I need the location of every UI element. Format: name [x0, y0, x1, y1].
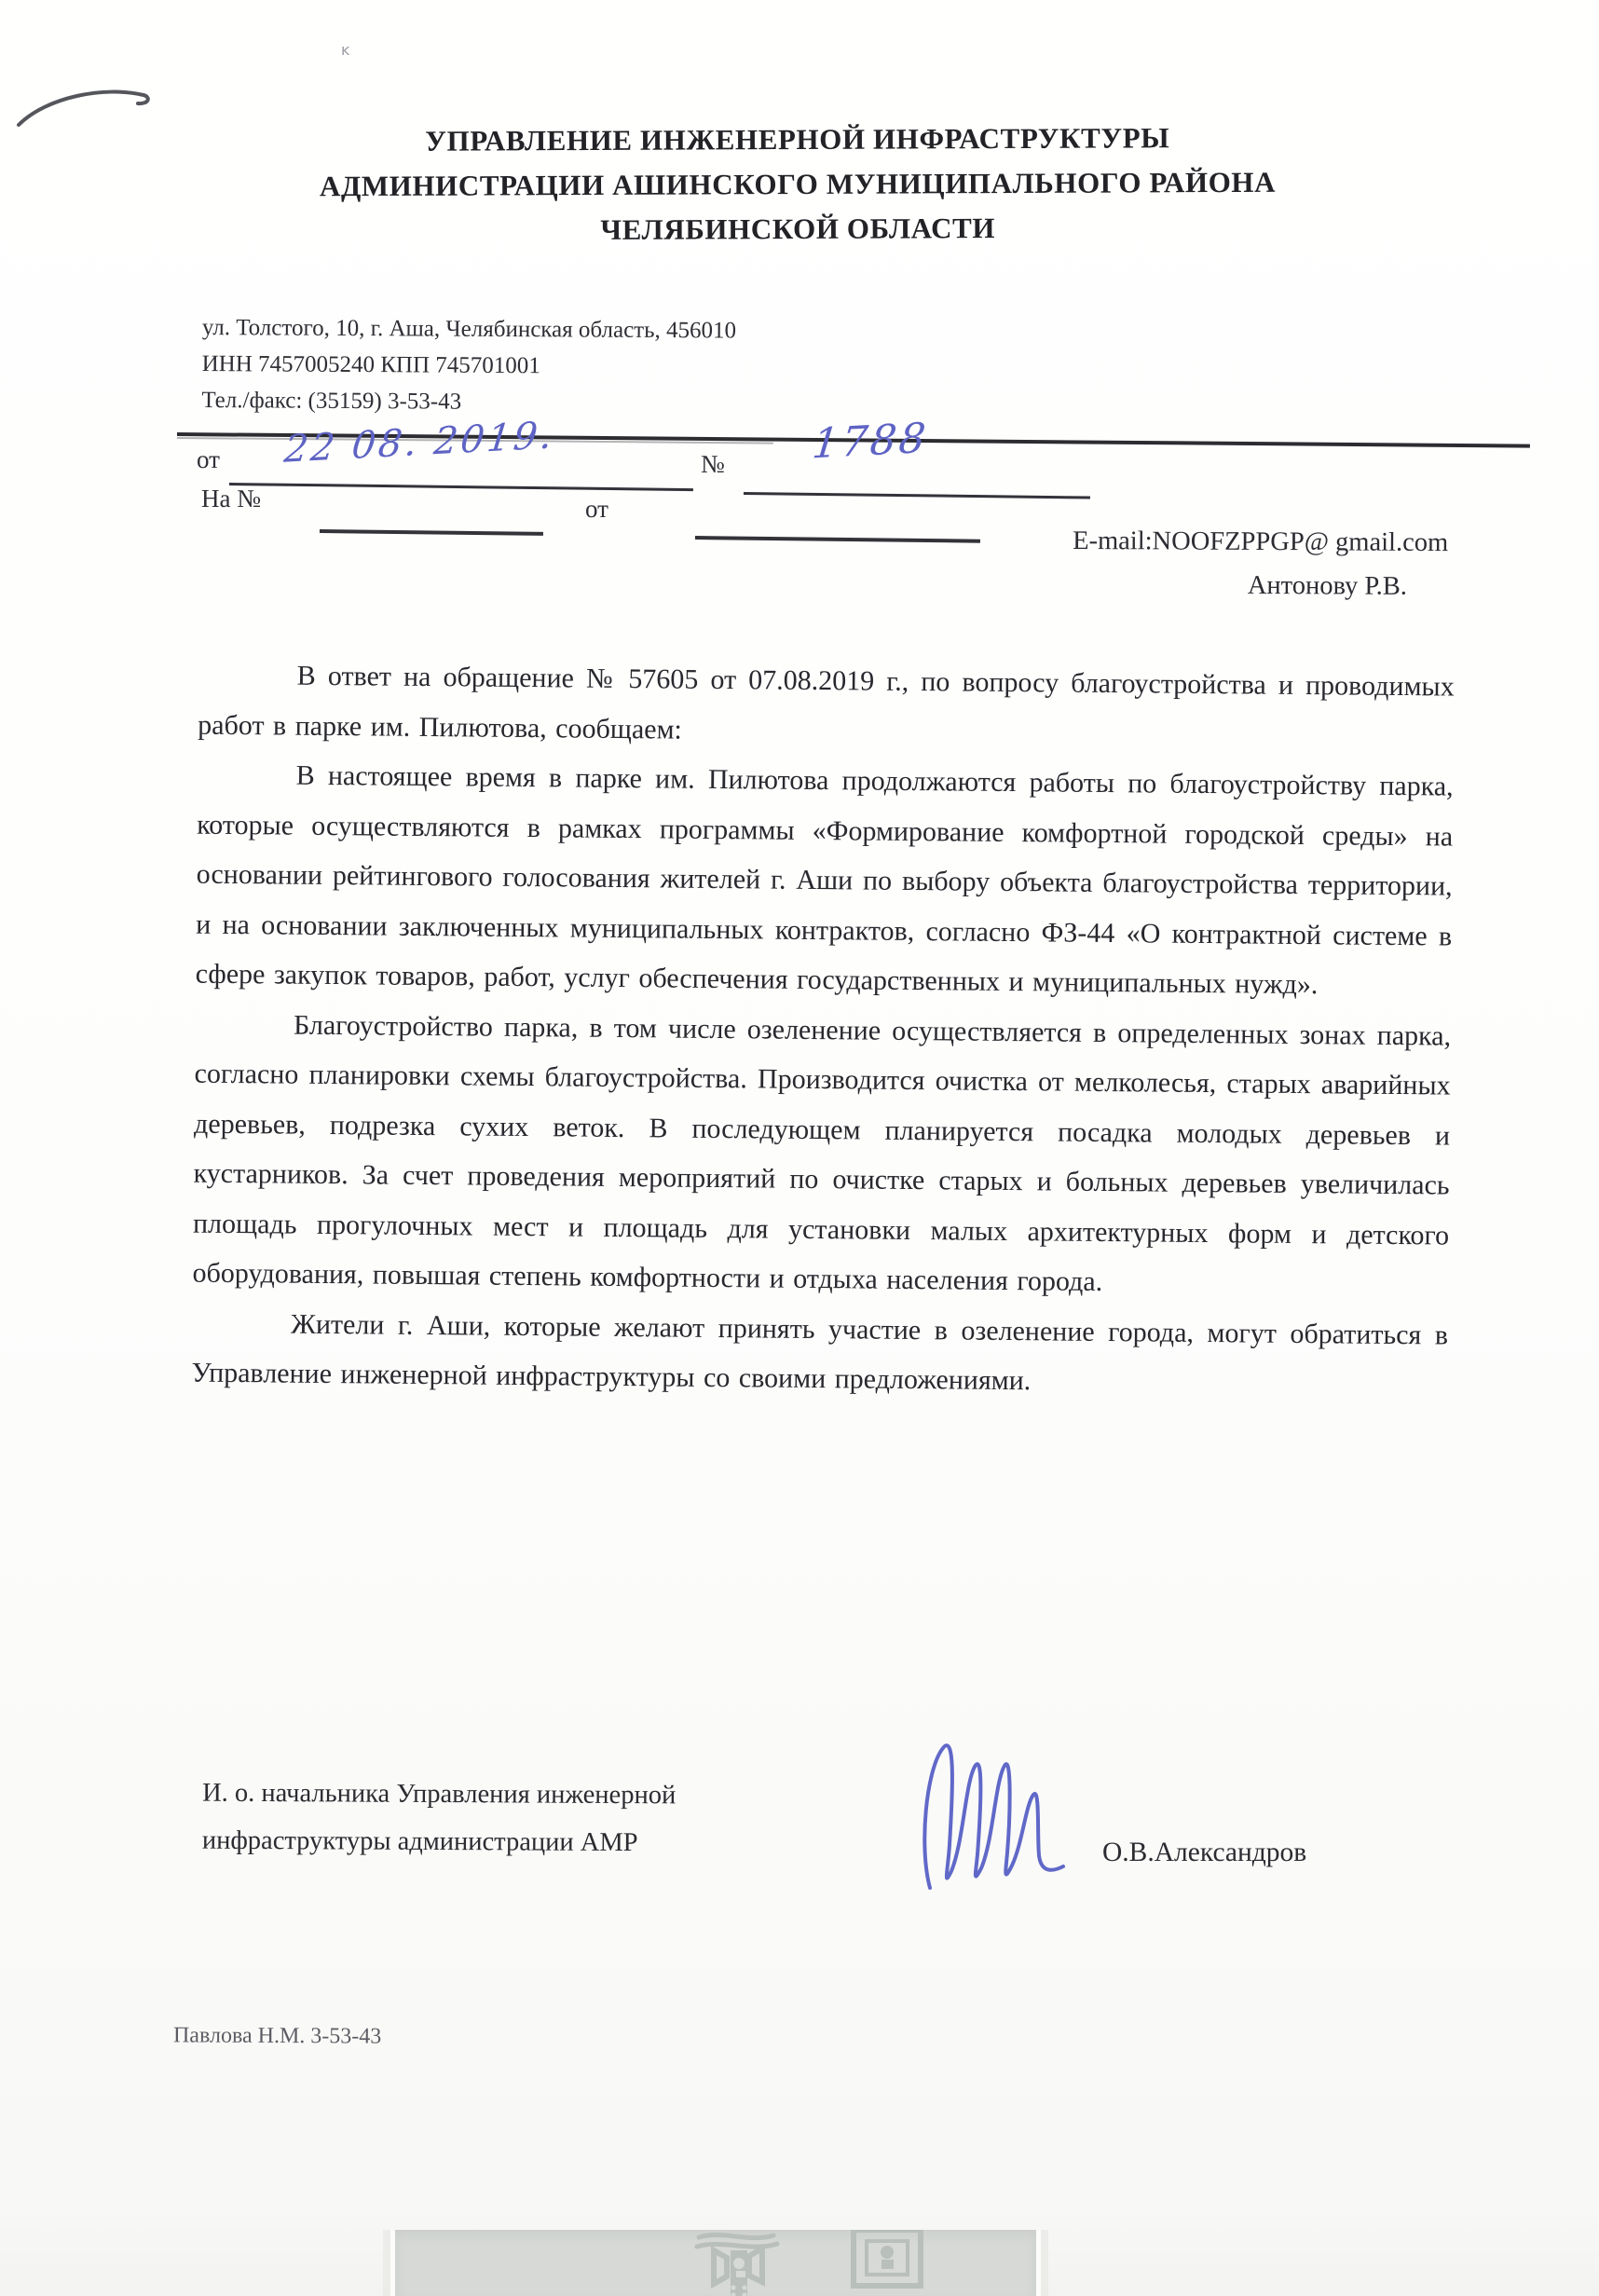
recipient-email: E-mail:NOOFZPPGP@ gmail.com [1073, 519, 1448, 565]
signature-name: О.В.Александров [1102, 1838, 1306, 1868]
ref-number-handwritten: 1788 [810, 415, 930, 469]
recipient-name: Антонову Р.В. [1073, 563, 1448, 608]
reply-from-label: от [585, 495, 608, 524]
org-header: УПРАВЛЕНИЕ ИНЖЕНЕРНОЙ ИНФРАСТРУКТУРЫ АДМ… [222, 115, 1374, 253]
contact-inn-kpp: ИНН 7457005240 КПП 745701001 [202, 346, 736, 386]
contact-address: ул. Толстого, 10, г. Аша, Челябинская об… [202, 309, 736, 349]
ref-number-underline [744, 492, 1090, 499]
signature-position-line1: И. о. начальника Управления инженерной [202, 1770, 676, 1820]
org-name-line2: АДМИНИСТРАЦИИ АШИНСКОГО МУНИЦИПАЛЬНОГО Р… [222, 159, 1373, 209]
scanned-letter-page: ĸ УПРАВЛЕНИЕ ИНЖЕНЕРНОЙ ИНФРАСТРУКТУРЫ А… [0, 0, 1599, 2296]
signature-autograph [911, 1731, 1098, 1899]
scan-artifact-strip [390, 2230, 1041, 2296]
ref-date-handwritten: 22 08. 2019. [282, 414, 557, 471]
film-strip-icon [693, 2230, 814, 2296]
body-paragraph-2: В настоящее время в парке им. Пилютова п… [195, 750, 1454, 1011]
reply-number-underline [320, 529, 543, 536]
letter-body: В ответ на обращение № 57605 от 07.08.20… [191, 650, 1455, 1410]
org-name-line3: ЧЕЛЯБИНСКОЙ ОБЛАСТИ [222, 204, 1373, 253]
org-name-line1: УПРАВЛЕНИЕ ИНЖЕНЕРНОЙ ИНФРАСТРУКТУРЫ [222, 115, 1373, 164]
ref-date-underline [229, 483, 693, 491]
executor-note: Павлова Н.М. 3-53-43 [173, 2023, 381, 2049]
body-paragraph-4: Жители г. Аши, которые желают принять уч… [191, 1298, 1448, 1410]
picture-frame-icon [840, 2230, 943, 2291]
signature-position-title: И. о. начальника Управления инженерной и… [202, 1770, 676, 1867]
recipient-block: E-mail:NOOFZPPGP@ gmail.com Антонову Р.В… [1073, 519, 1449, 608]
pen-mark-artifact [15, 80, 164, 136]
contact-phone: Тел./факс: (35159) 3-53-43 [201, 382, 735, 422]
ref-from-label: от [197, 445, 220, 474]
body-paragraph-3: Благоустройство парка, в том числе озеле… [192, 999, 1451, 1310]
contact-block: ул. Толстого, 10, г. Аша, Челябинская об… [201, 309, 736, 421]
body-paragraph-1: В ответ на обращение № 57605 от 07.08.20… [198, 650, 1455, 762]
ref-number-label: № [701, 450, 725, 479]
reply-date-underline [695, 536, 980, 543]
scan-speck-artifact: ĸ [341, 41, 347, 54]
signature-position-line2: инфраструктуры администрации АМР [202, 1817, 676, 1867]
reply-number-label: На № [201, 485, 261, 513]
